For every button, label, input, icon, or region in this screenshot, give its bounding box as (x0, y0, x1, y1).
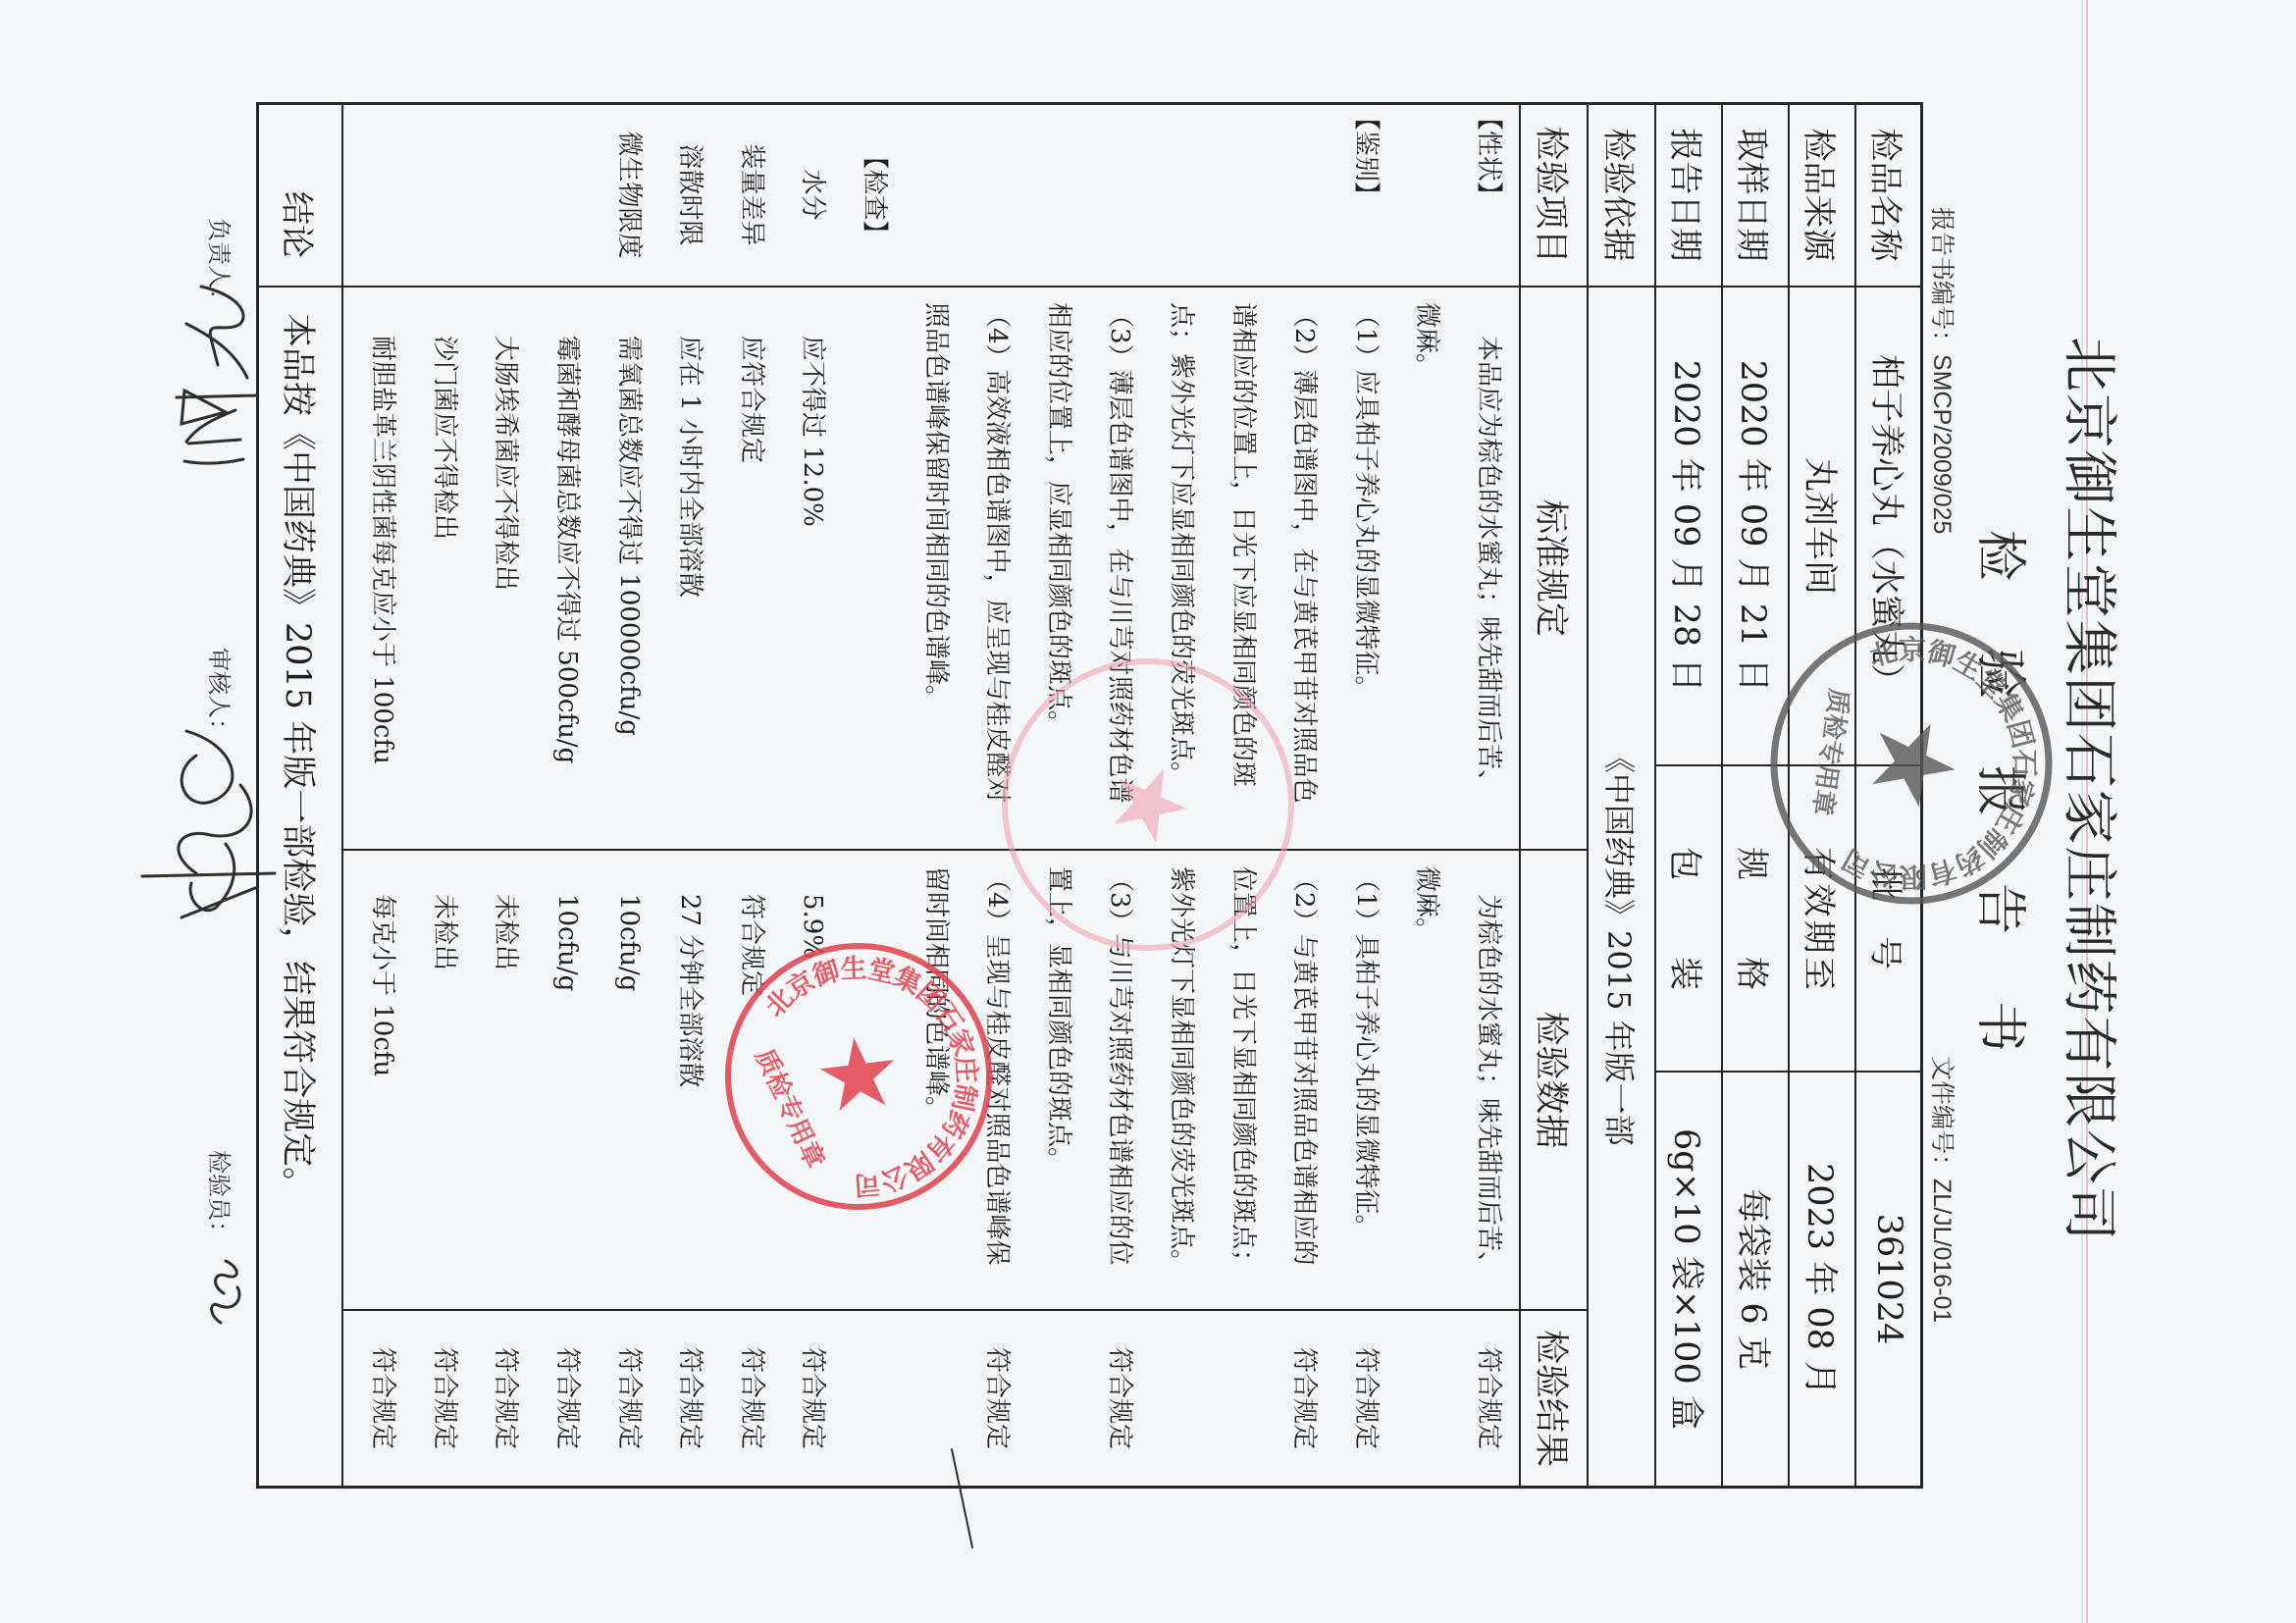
standard-line: 沙门菌应不得检出 (413, 302, 475, 850)
result-column: 符合规定 符合规定 符合规定 符合规定 符合规定 符合规定 符合规定 符合规定 … (352, 1310, 1519, 1487)
blank-line (905, 103, 966, 287)
file-number-label: 文件编号： (1928, 1056, 1956, 1178)
check-label-microbial: 微生物限度 (598, 103, 659, 287)
standard-line: 大肠埃希菌应不得检出 (475, 302, 537, 850)
standard-line: 本品应为棕色的水蜜丸；味先甜而后苦、 (1457, 302, 1519, 850)
label-product-name: 检品名称 (1855, 103, 1922, 287)
conclusion-label: 结论 (258, 103, 342, 287)
data-line: 留时间相同的色谱峰。 (905, 866, 966, 1310)
result-value: 符合规定 (659, 1310, 721, 1487)
data-line: （1）具柏子养心丸的显微特征。 (1334, 866, 1396, 1310)
value-specification: 每袋装 6 克 (1722, 1072, 1789, 1487)
label-source: 检品来源 (1789, 103, 1855, 287)
data-line: 未检出 (475, 866, 537, 1310)
result-value: 符合规定 (475, 1310, 537, 1487)
column-header-item: 检验项目 (1520, 103, 1588, 287)
blank-line (843, 1310, 905, 1487)
standard-line: 应在 1 小时内全部溶散 (659, 302, 721, 850)
label-batch-number-text: 批号 (1865, 867, 1913, 969)
standard-line: （4）高效液相色谱图中，应呈现与桂皮醛对 (966, 302, 1028, 850)
section-checks-label: 【检查】 (843, 103, 905, 287)
result-value: 符合规定 (413, 1310, 475, 1487)
value-report-date: 2020 年 09 月 28 日 (1655, 287, 1722, 765)
data-line: 紫外光灯下显相同颜色的荧光斑点。 (1150, 866, 1212, 1310)
result-value: 符合规定 (1457, 1310, 1519, 1487)
responsible-person-label: 负责人： (205, 218, 233, 312)
data-line: （2）与黄芪甲苷对照品色谱相应的 (1274, 866, 1335, 1310)
data-line: 10cfu/g (598, 866, 659, 1310)
file-number-value: ZL/JL/016-01 (1928, 1178, 1956, 1323)
data-column: 为棕色的水蜜丸；味先甜而后苦、 微麻。 （1）具柏子养心丸的显微特征。 （2）与… (352, 850, 1519, 1310)
result-value: 符合规定 (352, 1310, 414, 1487)
result-value: 符合规定 (1334, 1310, 1396, 1487)
responsible-signature (177, 287, 257, 463)
blank-line (1150, 103, 1212, 287)
report-title: 检验报告书 (1972, 530, 2027, 1119)
value-batch-number: 361024 (1855, 1072, 1922, 1487)
blank-line (843, 866, 905, 1310)
report-number-label: 报告书编号： (1928, 207, 1956, 354)
result-value: 符合规定 (1274, 1310, 1335, 1487)
blank-line (843, 302, 905, 850)
result-value: 符合规定 (598, 1310, 659, 1487)
data-line: 每克小于 10cfu (352, 866, 414, 1310)
data-line: 位置上，日光下显相同颜色的斑点； (1212, 866, 1274, 1310)
blank-line (1027, 103, 1089, 287)
data-line: 5.9% (782, 866, 844, 1310)
standard-line: 微麻。 (1396, 302, 1458, 850)
value-expiry: 2023 年 08 月 (1789, 1072, 1855, 1487)
blank-line (1212, 103, 1274, 287)
check-label-disintegration: 溶散时限 (659, 103, 721, 287)
blank-line (1396, 1310, 1458, 1487)
section-identification-label: 【鉴别】 (1334, 103, 1396, 287)
label-expiry-text: 有效期至 (1799, 847, 1847, 990)
inspection-report-page: 北京御生堂集团石家庄制药有限公司 检验报告书 报告书编号：SMCP/2009/0… (0, 0, 2296, 1623)
inspector-label: 检验员： (205, 1150, 233, 1244)
conclusion-text: 本品按《中国药典》2015 年版一部检验，结果符合规定。 (258, 287, 342, 1487)
report-number-value: SMCP/2009/025 (1928, 354, 1956, 534)
blank-line (905, 1310, 966, 1487)
result-value: 符合规定 (537, 1310, 599, 1487)
file-number: 文件编号：ZL/JL/016-01 (1927, 1056, 1957, 1323)
inspector-signature (212, 1261, 239, 1323)
check-label (352, 103, 414, 287)
standard-line: （2）薄层色谱图中，在与黄芪甲苷对照品色 (1274, 302, 1335, 850)
check-label (413, 103, 475, 287)
standard-line: （3）薄层色谱图中，在与川芎对照药材色谱 (1089, 302, 1151, 850)
value-product-name: 柏子养心丸（水蜜丸） (1855, 287, 1922, 765)
result-value: 符合规定 (782, 1310, 844, 1487)
standard-line: （1）应具柏子养心丸的显微特征。 (1334, 302, 1396, 850)
label-batch-number: 批号 (1855, 765, 1922, 1072)
blank-line (1396, 103, 1458, 287)
standard-line: 应符合规定 (720, 302, 782, 850)
label-packaging: 包装 (1655, 765, 1722, 1072)
value-sampling-date: 2020 年 09 月 21 日 (1722, 287, 1789, 765)
section-properties-label: 【性状】 (1457, 103, 1519, 287)
value-source: 丸剂车间 (1789, 287, 1855, 765)
standard-column: 本品应为棕色的水蜜丸；味先甜而后苦、 微麻。 （1）应具柏子养心丸的显微特征。 … (352, 287, 1519, 850)
blank-line (1027, 1310, 1089, 1487)
label-sampling-date: 取样日期 (1722, 103, 1789, 287)
column-header-data: 检验数据 (1520, 850, 1588, 1310)
label-specification-text: 规格 (1732, 847, 1780, 990)
data-line: 10cfu/g (537, 866, 599, 1310)
result-value: 符合规定 (966, 1310, 1028, 1487)
label-expiry: 有效期至 (1789, 765, 1855, 1072)
data-line: 未检出 (413, 866, 475, 1310)
standard-line: 耐胆盐革兰阴性菌每克应小于 100cfu (352, 302, 414, 850)
result-value: 符合规定 (1089, 1310, 1151, 1487)
report-number: 报告书编号：SMCP/2009/025 (1927, 207, 1957, 534)
result-value: 符合规定 (720, 1310, 782, 1487)
reviewer-label: 审核人： (205, 648, 233, 742)
label-specification: 规格 (1722, 765, 1789, 1072)
blank-line (1212, 1310, 1274, 1487)
reviewer-signature (142, 731, 275, 917)
data-line: （4）呈现与桂皮醛对照品色谱峰保 (966, 866, 1028, 1310)
check-label (537, 103, 599, 287)
data-line: 符合规定 (720, 866, 782, 1310)
data-line: 27 分钟全部溶散 (659, 866, 721, 1310)
standard-line: 点；紫外光灯下应显相同颜色的荧光斑点。 (1150, 302, 1212, 850)
item-column: 【性状】 【鉴别】 【检查】 水分 装量差异 溶散时限 微生物限度 (352, 103, 1519, 287)
value-basis: 《中国药典》2015 年版一部 (1588, 287, 1655, 1487)
column-header-standard: 标准规定 (1520, 287, 1588, 850)
standard-line: 应不得过 12.0% (782, 302, 844, 850)
standard-line: 需氧菌总数应不得过 100000cfu/g (598, 302, 659, 850)
data-line: 微麻。 (1396, 866, 1458, 1310)
data-line: （3）与川芎对照药材色谱相应的位 (1089, 866, 1151, 1310)
label-basis: 检验依据 (1588, 103, 1655, 287)
standard-line: 霉菌和酵母菌总数应不得过 500cfu/g (537, 302, 599, 850)
data-line: 置上，显相同颜色的斑点。 (1027, 866, 1089, 1310)
check-label (475, 103, 537, 287)
check-label-fill-weight: 装量差异 (720, 103, 782, 287)
check-label-moisture: 水分 (782, 103, 844, 287)
column-header-result: 检验结果 (1520, 1310, 1588, 1487)
blank-line (966, 103, 1028, 287)
standard-line: 谱相应的位置上，日光下应显相同颜色的斑 (1212, 302, 1274, 850)
blank-line (1089, 103, 1151, 287)
blank-line (1274, 103, 1335, 287)
blank-line (1150, 1310, 1212, 1487)
data-line: 为棕色的水蜜丸；味先甜而后苦、 (1457, 866, 1519, 1310)
label-packaging-text: 包装 (1665, 847, 1713, 990)
standard-line: 照品色谱峰保留时间相同的色谱峰。 (905, 302, 966, 850)
value-packaging: 6g×10 袋×100 盒 (1655, 1072, 1722, 1487)
standard-line: 相应的位置上，应显相同颜色的斑点。 (1027, 302, 1089, 850)
company-name: 北京御生堂集团石家庄制药有限公司 (2059, 337, 2117, 1242)
label-report-date: 报告日期 (1655, 103, 1722, 287)
